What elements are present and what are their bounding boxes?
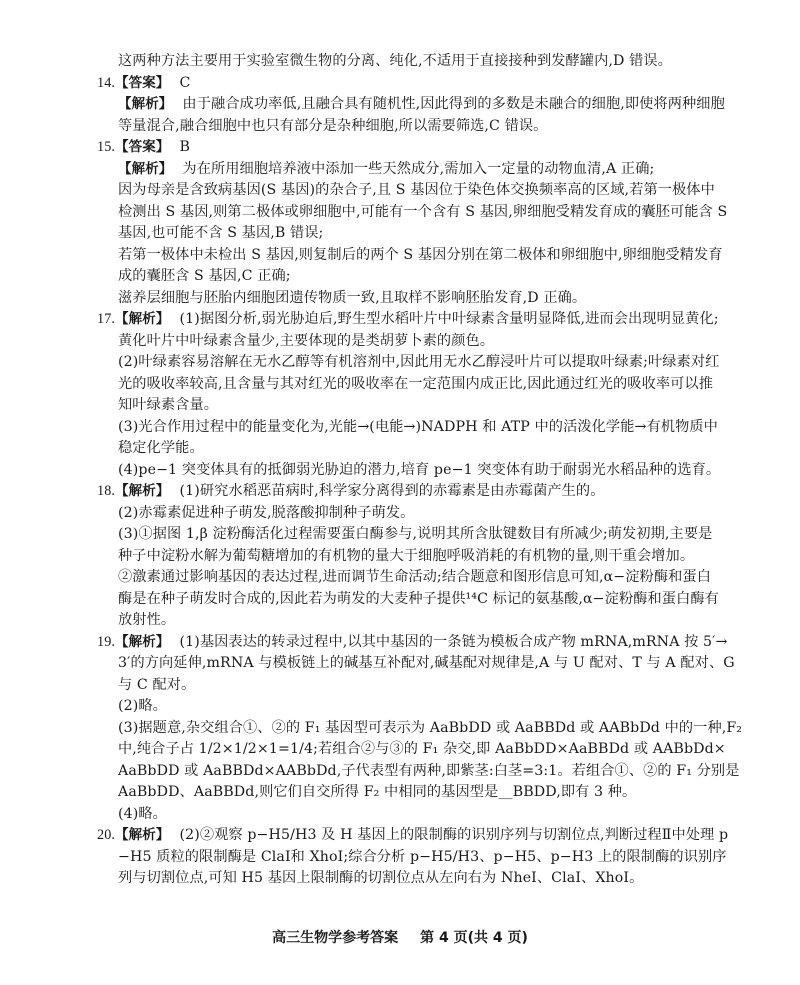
- section-tag: 【解析】: [118, 161, 172, 177]
- text-line: 黄化叶片中叶绿素含量少,主要体现的是类胡萝卜素的颜色。: [118, 330, 494, 352]
- question-heading-line: 14.【答案】C: [97, 72, 190, 94]
- question-number: 18.: [97, 483, 115, 499]
- line-text: AaBbDD 或 AaBBDd×AABbDd,子代表型有两种,即紫茎:白茎=3:…: [118, 763, 740, 779]
- section-tag: 【答案】: [115, 75, 169, 91]
- line-text: (2)叶绿素容易溶解在无水乙醇等有机溶剂中,因此用无水乙醇浸叶片可以提取叶绿素;…: [118, 354, 719, 370]
- section-tag: 【解析】: [115, 827, 169, 843]
- line-text: 滋养层细胞与胚胎内细胞团遗传物质一致,且取样不影响胚胎发育,D 正确。: [118, 290, 586, 306]
- question-number: 14.: [97, 75, 115, 91]
- text-line: (2)略。: [118, 695, 167, 717]
- line-text: (1)据图分析,弱光胁迫后,野生型水稻叶片中叶绿素含量明显降低,进而会出现明显黄…: [179, 311, 718, 327]
- text-line: (4)pe−1 突变体具有的抵御弱光胁迫的潜力,培育 pe−1 突变体有助于耐弱…: [118, 459, 720, 481]
- line-text: (2)②观察 p−H5/H3 及 H 基因上的限制酶的识别序列与切割位点,判断过…: [179, 827, 728, 843]
- line-text: 与 C 配对。: [118, 677, 195, 693]
- line-text: (3)光合作用过程中的能量变化为,光能→(电能→)NADPH 和 ATP 中的活…: [118, 419, 718, 435]
- question-heading-line: 15.【答案】B: [97, 136, 190, 158]
- line-text: 酶是在种子萌发时合成的,因此若为萌发的大麦种子提供¹⁴C 标记的氨基酸,α−淀粉…: [118, 591, 719, 607]
- text-line: 检测出 S 基因,则第二极体或卵细胞中,可能有一个含有 S 基因,卵细胞受精发育…: [118, 201, 727, 223]
- line-text: 检测出 S 基因,则第二极体或卵细胞中,可能有一个含有 S 基因,卵细胞受精发育…: [118, 204, 727, 220]
- line-text: 黄化叶片中叶绿素含量少,主要体现的是类胡萝卜素的颜色。: [118, 333, 494, 349]
- footer-page-number: 第 4 页(共 4 页): [420, 930, 528, 946]
- text-line: 与 C 配对。: [118, 674, 195, 696]
- line-text: 成的囊胚含 S 基因,C 正确;: [118, 268, 291, 284]
- line-text: 因为母亲是含致病基因(S 基因)的杂合子,且 S 基因位于染色体交换频率高的区域…: [118, 182, 715, 198]
- text-line: (2)叶绿素容易溶解在无水乙醇等有机溶剂中,因此用无水乙醇浸叶片可以提取叶绿素;…: [118, 351, 719, 373]
- question-heading-line: 20.【解析】(2)②观察 p−H5/H3 及 H 基因上的限制酶的识别序列与切…: [97, 824, 728, 846]
- line-text: 列与切割位点,可知 H5 基因上限制酶的切割位点从左向右为 NheⅠ、ClaⅠ、…: [118, 870, 643, 886]
- document-page: 这两种方法主要用于实验室微生物的分离、纯化,不适用于直接接种到发酵罐内,D 错误…: [0, 0, 800, 985]
- question-number: 15.: [97, 139, 115, 155]
- question-heading-line: 19.【解析】(1)基因表达的转录过程中,以其中基因的一条链为模板合成产物 mR…: [97, 631, 728, 653]
- text-line: ②激素通过影响基因的表达过程,进而调节生命活动;结合题意和图形信息可知,α−淀粉…: [118, 566, 711, 588]
- text-line: AaBbDD、AaBBDd,则它们自交所得 F₂ 中相同的基因型是__BBDD,…: [118, 781, 636, 803]
- section-tag: 【解析】: [115, 311, 169, 327]
- line-text: (1)研究水稻恶苗病时,科学家分离得到的赤霉素是由赤霉菌产生的。: [179, 483, 604, 499]
- section-tag: 【解析】: [118, 96, 172, 112]
- text-line: AaBbDD 或 AaBBDd×AABbDd,子代表型有两种,即紫茎:白茎=3:…: [118, 760, 740, 782]
- line-text: −H5 质粒的限制酶是 ClaⅠ和 XhoⅠ;综合分析 p−H5/H3、p−H5…: [118, 849, 727, 865]
- text-line: 【解析】为在所用细胞培养液中添加一些天然成分,需加入一定量的动物血清,A 正确;: [118, 158, 654, 180]
- text-line: 成的囊胚含 S 基因,C 正确;: [118, 265, 291, 287]
- text-line: 列与切割位点,可知 H5 基因上限制酶的切割位点从左向右为 NheⅠ、ClaⅠ、…: [118, 867, 643, 889]
- text-line: (3)光合作用过程中的能量变化为,光能→(电能→)NADPH 和 ATP 中的活…: [118, 416, 718, 438]
- question-number: 19.: [97, 634, 115, 650]
- text-line: 若第一极体中未检出 S 基因,则复制后的两个 S 基因分别在第二极体和卵细胞中,…: [118, 244, 723, 266]
- line-text: C: [179, 75, 190, 91]
- text-line: 稳定化学能。: [118, 437, 204, 459]
- line-text: 光的吸收率较高,且含量与其对红光的吸收率在一定范围内成正比,因此通过红光的吸收率…: [118, 376, 713, 392]
- question-heading-line: 17.【解析】(1)据图分析,弱光胁迫后,野生型水稻叶片中叶绿素含量明显降低,进…: [97, 308, 719, 330]
- line-text: (3)①据图 1,β 淀粉酶活化过程需要蛋白酶参与,说明其所含肽键数目有所减少;…: [118, 526, 712, 542]
- line-text: (3)据题意,杂交组合①、②的 F₁ 基因型可表示为 AaBbDD 或 AaBB…: [118, 720, 742, 736]
- section-tag: 【答案】: [115, 139, 169, 155]
- line-text: AaBbDD、AaBBDd,则它们自交所得 F₂ 中相同的基因型是__BBDD,…: [118, 784, 636, 800]
- text-line: 种子中淀粉水解为葡萄糖增加的有机物的量大于细胞呼吸消耗的有机物的量,则干重会增加…: [118, 545, 694, 567]
- line-text: 中,纯合子占 1/2×1/2×1=1/4;若组合②与③的 F₁ 杂交,即 AaB…: [118, 741, 726, 757]
- section-tag: 【解析】: [115, 634, 169, 650]
- line-text: 为在所用细胞培养液中添加一些天然成分,需加入一定量的动物血清,A 正确;: [182, 161, 654, 177]
- text-line: 滋养层细胞与胚胎内细胞团遗传物质一致,且取样不影响胚胎发育,D 正确。: [118, 287, 586, 309]
- text-line: 中,纯合子占 1/2×1/2×1=1/4;若组合②与③的 F₁ 杂交,即 AaB…: [118, 738, 726, 760]
- line-text: (2)赤霉素促进种子萌发,脱落酸抑制种子萌发。: [118, 505, 414, 521]
- text-line: 3′的方向延伸,mRNA 与模板链上的碱基互补配对,碱基配对规律是,A 与 U …: [118, 652, 735, 674]
- line-text: 3′的方向延伸,mRNA 与模板链上的碱基互补配对,碱基配对规律是,A 与 U …: [118, 655, 735, 671]
- text-line: (3)①据图 1,β 淀粉酶活化过程需要蛋白酶参与,说明其所含肽键数目有所减少;…: [118, 523, 712, 545]
- line-text: 基因,也可能不含 S 基因,B 错误;: [118, 225, 323, 241]
- line-text: B: [179, 139, 190, 155]
- text-line: 光的吸收率较高,且含量与其对红光的吸收率在一定范围内成正比,因此通过红光的吸收率…: [118, 373, 713, 395]
- text-line: 酶是在种子萌发时合成的,因此若为萌发的大麦种子提供¹⁴C 标记的氨基酸,α−淀粉…: [118, 588, 719, 610]
- line-text: (2)略。: [118, 698, 167, 714]
- text-line: 【解析】由于融合成功率低,且融合具有随机性,因此得到的多数是未融合的细胞,即使将…: [118, 93, 725, 115]
- line-text: 若第一极体中未检出 S 基因,则复制后的两个 S 基因分别在第二极体和卵细胞中,…: [118, 247, 723, 263]
- line-text: 等量混合,融合细胞中也只有部分是杂种细胞,所以需要筛选,C 错误。: [118, 118, 547, 134]
- text-line: 这两种方法主要用于实验室微生物的分离、纯化,不适用于直接接种到发酵罐内,D 错误…: [118, 50, 672, 72]
- line-text: (4)略。: [118, 806, 167, 822]
- line-text: 种子中淀粉水解为葡萄糖增加的有机物的量大于细胞呼吸消耗的有机物的量,则干重会增加…: [118, 548, 694, 564]
- line-text: 放射性。: [118, 612, 175, 628]
- section-tag: 【解析】: [115, 483, 169, 499]
- text-line: (2)赤霉素促进种子萌发,脱落酸抑制种子萌发。: [118, 502, 414, 524]
- line-text: (1)基因表达的转录过程中,以其中基因的一条链为模板合成产物 mRNA,mRNA…: [179, 634, 727, 650]
- text-line: 放射性。: [118, 609, 175, 631]
- question-number: 20.: [97, 827, 115, 843]
- line-text: ②激素通过影响基因的表达过程,进而调节生命活动;结合题意和图形信息可知,α−淀粉…: [118, 569, 711, 585]
- text-line: (4)略。: [118, 803, 167, 825]
- text-line: 知叶绿素含量。: [118, 394, 218, 416]
- text-line: −H5 质粒的限制酶是 ClaⅠ和 XhoⅠ;综合分析 p−H5/H3、p−H5…: [118, 846, 727, 868]
- line-text: (4)pe−1 突变体具有的抵御弱光胁迫的潜力,培育 pe−1 突变体有助于耐弱…: [118, 462, 720, 478]
- question-number: 17.: [97, 311, 115, 327]
- question-heading-line: 18.【解析】(1)研究水稻恶苗病时,科学家分离得到的赤霉素是由赤霉菌产生的。: [97, 480, 605, 502]
- line-text: 稳定化学能。: [118, 440, 204, 456]
- text-line: 因为母亲是含致病基因(S 基因)的杂合子,且 S 基因位于染色体交换频率高的区域…: [118, 179, 715, 201]
- page-footer: 高三生物学参考答案第 4 页(共 4 页): [0, 927, 800, 947]
- line-text: 由于融合成功率低,且融合具有随机性,因此得到的多数是未融合的细胞,即使将两种细胞: [182, 96, 724, 112]
- text-line: 等量混合,融合细胞中也只有部分是杂种细胞,所以需要筛选,C 错误。: [118, 115, 547, 137]
- footer-title: 高三生物学参考答案: [272, 930, 398, 946]
- text-line: (3)据题意,杂交组合①、②的 F₁ 基因型可表示为 AaBbDD 或 AaBB…: [118, 717, 742, 739]
- line-text: 这两种方法主要用于实验室微生物的分离、纯化,不适用于直接接种到发酵罐内,D 错误…: [118, 53, 672, 69]
- line-text: 知叶绿素含量。: [118, 397, 218, 413]
- text-line: 基因,也可能不含 S 基因,B 错误;: [118, 222, 323, 244]
